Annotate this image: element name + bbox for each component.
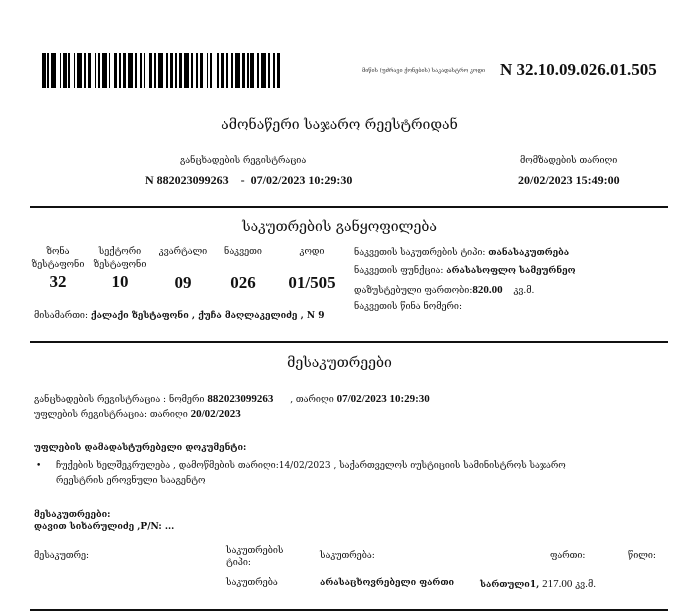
property-section-title: საკუთრების განყოფილება [0,219,679,235]
column-code-sublabel [272,260,352,271]
table-cell-area-unit: კვ.მ. [575,580,596,590]
table-cell-area: სართული1, 217.00 კვ.მ. [480,578,596,590]
owners-application-date-value: 07/02/2023 10:29:30 [337,393,430,405]
declared-area: დაზუსტებული ფართობი:820.00 კვ.მ. [354,284,534,296]
parcel-function: ნაკვეთის ფუნქცია: არასასოფლო სამეურნეო [354,266,576,276]
column-code-value: 01/505 [272,273,352,293]
table-header-property: საკუთრება: [320,551,375,561]
table-header-share: წილი: [628,551,656,561]
application-registration-label: განცხადების რეგისტრაცია [180,156,306,166]
bullet-icon: • [36,461,41,471]
column-zone-label: ზონა [28,247,88,257]
column-parcel-label: ნაკვეთი [208,247,278,257]
parcel-ownership-type-label: ნაკვეთის საკუთრების ტიპი: [354,248,485,258]
table-cell-ownership-type: საკუთრება [226,578,278,588]
column-sector-value: 10 [90,272,150,292]
divider [30,206,668,208]
table-cell-floor: სართული1, [480,580,539,590]
table-header-owner: მესაკუთრე: [34,551,89,561]
column-parcel-value: 026 [208,273,278,293]
cadastral-code-label: მიწის (უძრავი ქონების) საკადასტრო კოდი [362,68,485,74]
table-cell-property-value: არასაცხოვრებელი ფართი [320,578,454,588]
column-code: კოდი 01/505 [272,247,352,293]
owners-section-title: მესაკუთრეები [0,355,679,371]
owners-application-registration-number: 882023099263 [207,393,273,405]
column-parcel: ნაკვეთი 026 [208,247,278,293]
declared-area-label: დაზუსტებული ფართობი: [354,286,472,296]
barcode-icon [42,53,282,88]
owners-application-date-label: , თარიღი [290,395,334,405]
column-zone-value: 32 [28,272,88,292]
column-parcel-sublabel [208,260,278,271]
basis-document-label: უფლების დამადასტურებელი დოკუმენტი: [34,443,246,453]
column-zone-sublabel: ზესტაფონი [28,260,88,270]
parcel-previous-number-label: ნაკვეთის წინა ნომერი: [354,302,462,312]
parcel-previous-number: ნაკვეთის წინა ნომერი: [354,302,462,312]
table-header-area: ფართი: [550,551,585,561]
column-sector-label: სექტორი [90,247,150,257]
right-registration-label: უფლების რეგისტრაცია: თარიღი [34,410,188,420]
preparation-date-label: მომზადების თარიღი [520,156,617,166]
basis-document-item: ჩუქების ხელშეკრულება , დამოწმების თარიღი… [56,459,616,489]
declared-area-value: 820.00 [472,284,502,296]
parcel-ownership-type: ნაკვეთის საკუთრების ტიპი: თანასაკუთრება [354,248,569,258]
owners-value: დავით სიხარულიძე ,P/N: ... [34,522,174,532]
divider [30,341,668,343]
owners-label: მესაკუთრეები: [34,510,110,520]
column-code-label: კოდი [272,247,352,257]
address-label: მისამართი: [34,311,88,321]
declared-area-unit: კვ.მ. [514,286,535,296]
column-sector-sublabel: ზესტაფონი [90,260,150,270]
parcel-function-label: ნაკვეთის ფუნქცია: [354,266,443,276]
owners-application-registration: განცხადების რეგისტრაცია : ნომერი 8820230… [34,393,430,405]
table-cell-area-value: 217.00 [542,578,572,590]
owners-application-registration-label: განცხადების რეგისტრაცია : ნომერი [34,395,204,405]
cadastral-code: N 32.10.09.026.01.505 [500,60,657,80]
table-cell-property: არასაცხოვრებელი ფართი [320,578,454,588]
parcel-ownership-type-value: თანასაკუთრება [488,248,569,258]
parcel-function-value: არასასოფლო სამეურნეო [446,266,575,276]
table-header-ownership-type: საკუთრების ტიპი: [226,545,306,569]
preparation-date-value: 20/02/2023 15:49:00 [518,173,620,188]
right-registration: უფლების რეგისტრაცია: თარიღი 20/02/2023 [34,408,241,420]
divider [30,609,668,611]
right-registration-date: 20/02/2023 [191,408,241,420]
column-sector: სექტორი ზესტაფონი 10 [90,247,150,292]
address: მისამართი: ქალაქი ზესტაფონი , ქუჩა მაღლა… [34,311,324,321]
document-title: ამონაწერი საჯარო რეესტრიდან [0,117,679,133]
address-value: ქალაქი ზესტაფონი , ქუჩა მაღლაკელიძე , N … [91,311,325,321]
application-registration-value: N 882023099263 - 07/02/2023 10:29:30 [145,173,352,188]
column-zone: ზონა ზესტაფონი 32 [28,247,88,292]
